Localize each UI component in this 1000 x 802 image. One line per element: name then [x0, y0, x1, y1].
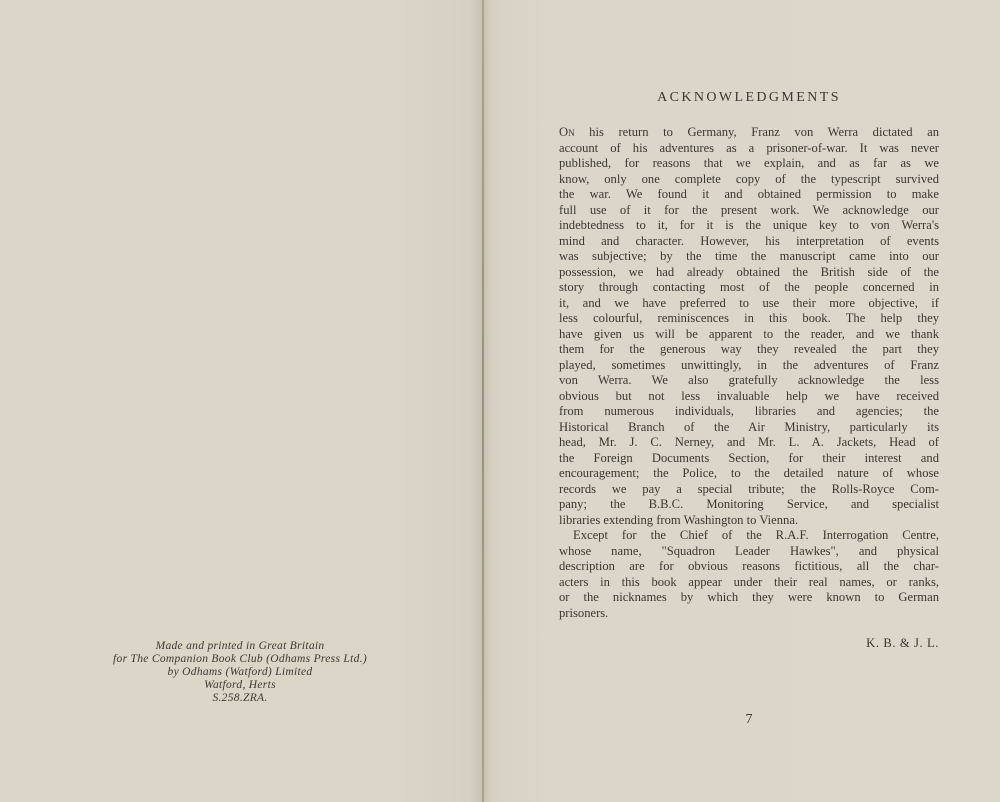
text-line: von Werra. We also gratefully acknowledg… — [559, 373, 939, 389]
text-line: On his return to Germany, Franz von Werr… — [559, 125, 939, 141]
printer-imprint: Made and printed in Great Britain for Th… — [60, 640, 420, 705]
text-line: published, for reasons that we explain, … — [559, 156, 939, 172]
text-line: encouragement; the Police, to the detail… — [559, 466, 939, 482]
text-line: the war. We found it and obtained permis… — [559, 187, 939, 203]
imprint-line: by Odhams (Watford) Limited — [60, 666, 420, 679]
text-line: played, sometimes unwittingly, in the ad… — [559, 358, 939, 374]
text-line: have given us will be apparent to the re… — [559, 327, 939, 343]
text-line: story through contacting most of the peo… — [559, 280, 939, 296]
drop-word: On — [559, 125, 575, 139]
text-line: pany; the B.B.C. Monitoring Service, and… — [559, 497, 939, 513]
text-line: account of his adventures as a prisoner-… — [559, 141, 939, 157]
right-page: ACKNOWLEDGMENTS On his return to Germany… — [484, 0, 1000, 802]
text-line: whose name, "Squadron Leader Hawkes", an… — [559, 544, 939, 560]
text-line: records we pay a special tribute; the Ro… — [559, 482, 939, 498]
author-initials: K. B. & J. L. — [559, 636, 939, 651]
text-line: from numerous individuals, libraries and… — [559, 404, 939, 420]
text-line: it, and we have preferred to use their m… — [559, 296, 939, 312]
text-line: Except for the Chief of the R.A.F. Inter… — [559, 528, 939, 544]
text-line: Historical Branch of the Air Ministry, p… — [559, 420, 939, 436]
text-line: the Foreign Documents Section, for their… — [559, 451, 939, 467]
text-line: mind and character. However, his interpr… — [559, 234, 939, 250]
text-line: them for the generous way they revealed … — [559, 342, 939, 358]
page-title: ACKNOWLEDGMENTS — [484, 90, 1000, 106]
left-page: Made and printed in Great Britain for Th… — [0, 0, 482, 802]
text-line: full use of it for the present work. We … — [559, 203, 939, 219]
text-line: obvious but not less invaluable help we … — [559, 389, 939, 405]
text-line: libraries extending from Washington to V… — [559, 513, 939, 529]
page-number: 7 — [739, 712, 759, 728]
text-line: description are for obvious reasons fict… — [559, 559, 939, 575]
text-line: acters in this book appear under their r… — [559, 575, 939, 591]
text-line: or the nicknames by which they were know… — [559, 590, 939, 606]
text-line: indebtedness to it, for it is the unique… — [559, 218, 939, 234]
imprint-line: Watford, Herts — [60, 679, 420, 692]
imprint-line: S.258.ZRA. — [60, 692, 420, 705]
text-line: prisoners. — [559, 606, 939, 622]
book-spread: Made and printed in Great Britain for Th… — [0, 0, 1000, 802]
text-line: head, Mr. J. C. Nerney, and Mr. L. A. Ja… — [559, 435, 939, 451]
imprint-line: Made and printed in Great Britain — [60, 640, 420, 653]
text-line: was subjective; by the time the manuscri… — [559, 249, 939, 265]
text-line: less colourful, reminiscences in this bo… — [559, 311, 939, 327]
imprint-line: for The Companion Book Club (Odhams Pres… — [60, 653, 420, 666]
show-through-text — [120, 82, 460, 104]
text-line: possession, we had already obtained the … — [559, 265, 939, 281]
text-line: know, only one complete copy of the type… — [559, 172, 939, 188]
acknowledgments-text: On his return to Germany, Franz von Werr… — [559, 125, 939, 621]
